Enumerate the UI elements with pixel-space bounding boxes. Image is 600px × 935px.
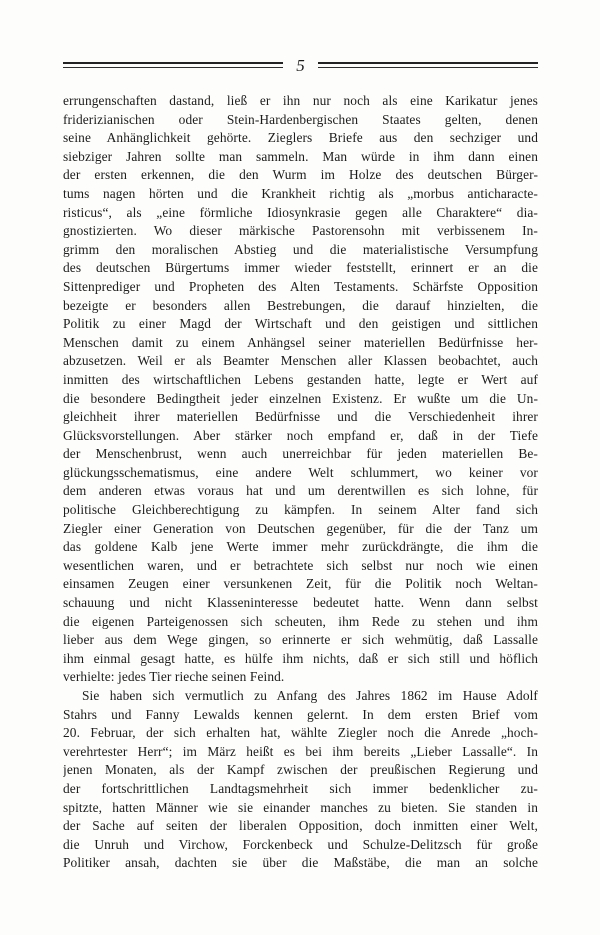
text-line: einsamen Zeugen einer versunkenen Zeit, …: [63, 575, 538, 594]
text-line: Ziegler einer Generation von Deutschen g…: [63, 520, 538, 539]
text-line: inmitten des wirtschaftlichen Lebens ges…: [63, 371, 538, 390]
paragraph: errungenschaften dastand, ließ er ihn nu…: [63, 92, 538, 687]
text-line: Politiker ansah, dachten sie über die Ma…: [63, 854, 538, 873]
body-text: errungenschaften dastand, ließ er ihn nu…: [63, 92, 538, 873]
text-line: seine Anhänglichkeit gehörte. Zieglers B…: [63, 129, 538, 148]
text-line: die besondere Bedingtheit jeder einzelne…: [63, 390, 538, 409]
paragraph: Sie haben sich vermutlich zu Anfang des …: [63, 687, 538, 873]
page-number: 5: [283, 55, 318, 76]
text-line: die Unruh und Virchow, Forckenbeck und S…: [63, 836, 538, 855]
text-line: bezeigte er besonders allen Bestrebungen…: [63, 297, 538, 316]
text-line: Menschen damit zu einem Anhängsel seiner…: [63, 334, 538, 353]
text-line: Stahrs und Fanny Lewalds kennen gelernt.…: [63, 706, 538, 725]
text-line: der fortschrittlichen Landtagsmehrheit s…: [63, 780, 538, 799]
text-line: wesentlichen waren, und er betrachtete s…: [63, 557, 538, 576]
page-header: 5: [63, 54, 538, 75]
text-line: schauung und nicht Klasseninteresse bede…: [63, 594, 538, 613]
text-line: 20. Februar, der sich erhalten hat, wähl…: [63, 724, 538, 743]
text-line: spitzte, hatten Männer wie sie einander …: [63, 799, 538, 818]
text-line: glückungsschematismus, eine andere Welt …: [63, 464, 538, 483]
text-line: der ersten erkennen, die den Wurm im Hol…: [63, 166, 538, 185]
text-line: abzusetzen. Weil er als Beamter Menschen…: [63, 352, 538, 371]
text-line: risticus“, als „eine förmliche Idiosynkr…: [63, 204, 538, 223]
text-line: jenen Monaten, als der Kampf zwischen de…: [63, 761, 538, 780]
text-line: das goldene Kalb jene Werte immer mehr z…: [63, 538, 538, 557]
header-rule-left: [63, 62, 283, 68]
text-line: des deutschen Bürgertums immer wieder fe…: [63, 259, 538, 278]
text-line: gleichheit ihrer materiellen Bedürfnisse…: [63, 408, 538, 427]
text-line: Politik zu einer Magd der Wirtschaft und…: [63, 315, 538, 334]
text-line: errungenschaften dastand, ließ er ihn nu…: [63, 92, 538, 111]
text-line: ihm einmal gesagt hatte, es hülfe ihm ni…: [63, 650, 538, 669]
text-line: Sie haben sich vermutlich zu Anfang des …: [63, 687, 538, 706]
text-line: politische Gleichberechtigung zu kämpfen…: [63, 501, 538, 520]
text-line: gnostizierten. Wo dieser märkische Pasto…: [63, 222, 538, 241]
text-line: lieber aus dem Wege gingen, so erinnerte…: [63, 631, 538, 650]
text-line: grimm den moralischen Abstieg und die ma…: [63, 241, 538, 260]
text-line: die eigenen Parteigenossen sich scheuten…: [63, 613, 538, 632]
text-line: tums nagen hörten und die Krankheit rich…: [63, 185, 538, 204]
text-line: friderizianischen oder Stein-Hardenbergi…: [63, 111, 538, 130]
text-line: verhielte: jedes Tier rieche seinen Fein…: [63, 668, 538, 687]
text-line: siebziger Jahren sollte man sammeln. Man…: [63, 148, 538, 167]
text-line: verehrtester Herr“; im März heißt es bei…: [63, 743, 538, 762]
text-line: der Menschenbrust, wenn auch unerreichba…: [63, 445, 538, 464]
book-page: 5 errungenschaften dastand, ließ er ihn …: [0, 0, 600, 935]
text-line: der Sache auf seiten der liberalen Oppos…: [63, 817, 538, 836]
header-rule-right: [318, 62, 538, 68]
text-line: Glücksvorstellungen. Aber stärker noch e…: [63, 427, 538, 446]
text-line: Sittenprediger und Propheten des Alten T…: [63, 278, 538, 297]
text-line: dem anderen etwas voraus hat und um dere…: [63, 482, 538, 501]
